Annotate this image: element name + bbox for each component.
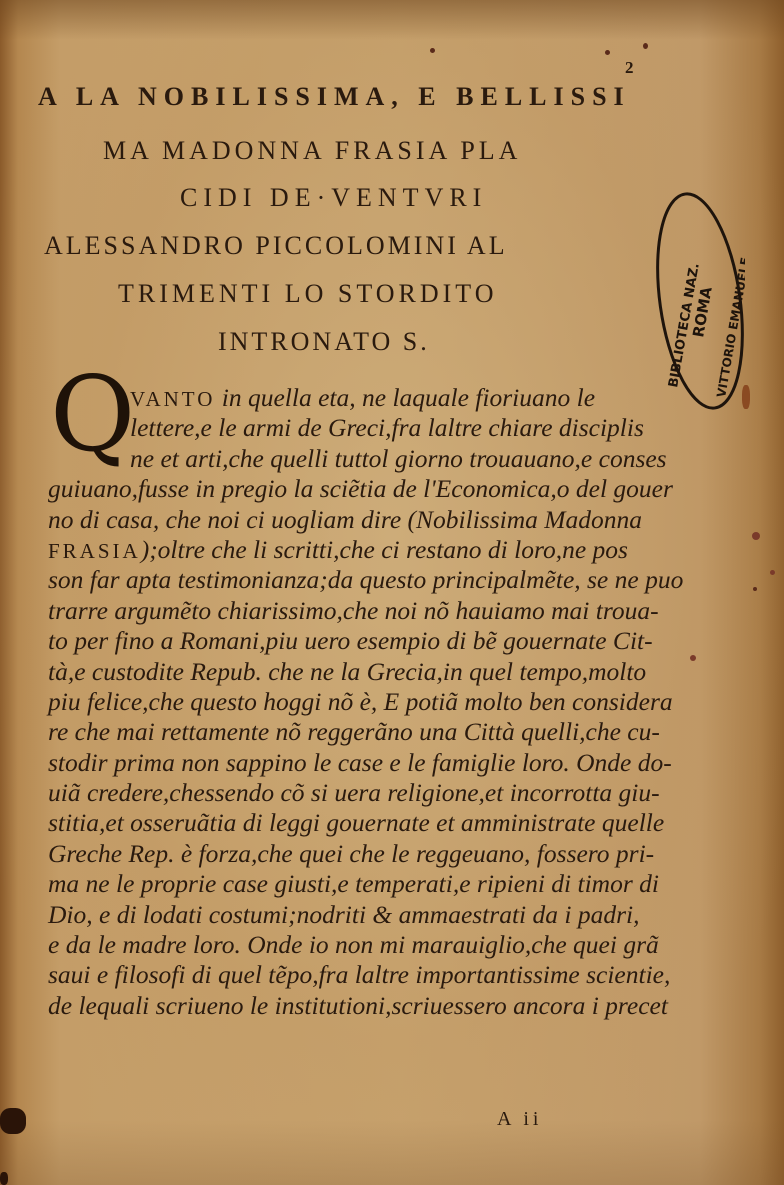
stamp-inner-text: VITTORIO EMANUELE — [714, 256, 745, 398]
body-line: de lequali scriueno le institutioni,scri… — [48, 991, 688, 1021]
body-line: ma ne le proprie case giusti,e temperati… — [48, 869, 688, 899]
body-line: FRASIA);oltre che li scritti,che ci rest… — [48, 535, 688, 565]
ink-blot — [0, 1108, 26, 1134]
body-line: piu felice,che questo hoggi nõ è, E poti… — [48, 687, 688, 717]
body-line: re che mai rettamente nõ reggerãno una C… — [48, 717, 688, 747]
body-text: VANTO in quella eta, ne laquale fioriuan… — [48, 383, 688, 1021]
body-line: tà,e custodite Repub. che ne la Grecia,i… — [48, 657, 688, 687]
body-line: saui e filosofi di quel tẽpo,fra laltre … — [48, 960, 688, 990]
library-stamp-icon: BIBLIOTECA NAZ. ROMA VITTORIO EMANUELE — [655, 188, 745, 414]
ink-blot — [0, 1172, 8, 1185]
foxing-spot — [742, 385, 750, 409]
first-word: VANTO — [130, 387, 215, 411]
body-line: son far apta testimonianza;da questo pri… — [48, 565, 688, 595]
foxing-spot — [752, 532, 760, 540]
body-line: lettere,e le armi de Greci,fra laltre ch… — [48, 413, 688, 443]
body-line: no di casa, che noi ci uogliam dire (Nob… — [48, 505, 688, 535]
addressee-name: FRASIA — [48, 539, 141, 563]
heading-line-2: MA MADONNA FRASIA PLA — [103, 136, 784, 166]
body-line: e da le madre loro. Onde io non mi marau… — [48, 930, 688, 960]
body-line: guiuano,fusse in pregio la sciẽtia de l'… — [48, 474, 688, 504]
foxing-spot — [753, 587, 757, 591]
heading-line-1: A LA NOBILISSIMA, E BELLISSI — [38, 82, 784, 112]
body-line: stitia,et osseruãtia di leggi gouernate … — [48, 808, 688, 838]
body-line: trarre argumẽto chiarissimo,che noi nõ h… — [48, 596, 688, 626]
foxing-spot — [643, 43, 648, 49]
body-line-text: in quella eta, ne laquale fioriuano le — [215, 383, 595, 412]
book-page: 2 A LA NOBILISSIMA, E BELLISSI MA MADONN… — [0, 0, 784, 1185]
page-number: 2 — [625, 58, 634, 78]
foxing-spot — [430, 48, 435, 53]
body-line: uiã credere,chessendo cõ si uera religio… — [48, 778, 688, 808]
body-line: Dio, e di lodati costumi;nodriti & ammae… — [48, 900, 688, 930]
body-line: to per fino a Romani,piu uero esempio di… — [48, 626, 688, 656]
body-line: Greche Rep. è forza,che quei che le regg… — [48, 839, 688, 869]
body-line-text: );oltre che li scritti,che ci restano di… — [141, 535, 628, 564]
foxing-spot — [605, 50, 610, 55]
body-line: stodir prima non sappino le case e le fa… — [48, 748, 688, 778]
body-line: VANTO in quella eta, ne laquale fioriuan… — [48, 383, 688, 413]
signature-mark: A ii — [497, 1108, 542, 1131]
body-line: ne et arti,che quelli tuttol giorno trou… — [48, 444, 688, 474]
foxing-spot — [690, 655, 696, 661]
foxing-spot — [770, 570, 775, 575]
